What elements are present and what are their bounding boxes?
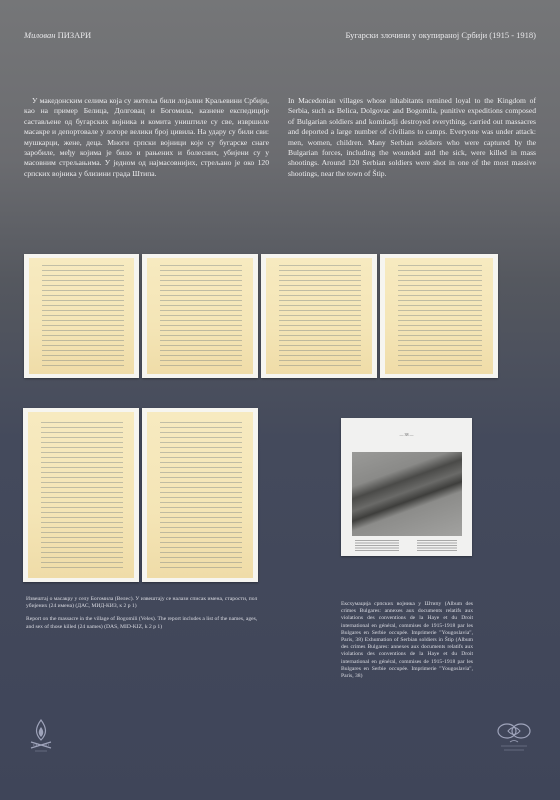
knot-emblem-icon xyxy=(495,718,533,754)
photo-page-number: — 38 — xyxy=(341,432,472,437)
author-first-name: Милован xyxy=(24,30,56,40)
documents-caption-serbian: Извештај о масакру у селу Богомила (Веле… xyxy=(26,596,258,610)
series-title: Бугарски злочини у окупираној Србији (19… xyxy=(345,30,536,40)
document-page-4 xyxy=(380,254,498,378)
document-page-5 xyxy=(23,408,139,582)
exhumation-photo-page: — 38 — xyxy=(341,418,472,556)
exhumation-photo xyxy=(352,452,462,536)
document-page-1 xyxy=(24,254,139,378)
photo-caption-text-right xyxy=(417,540,457,552)
photo-caption-text: Ексхумација српских војника у Штипу (Alb… xyxy=(341,601,473,680)
photo-caption: Ексхумација српских војника у Штипу (Alb… xyxy=(341,601,473,686)
documents-caption-english: Report on the massacre in the village of… xyxy=(26,616,258,630)
page-header: Милован ПИЗАРИ Бугарски злочини у окупир… xyxy=(24,30,536,50)
intro-text-serbian: У македонским селима која су жетеља били… xyxy=(24,96,269,179)
intro-text-english: In Macedonian villages whose inhabitants… xyxy=(288,96,536,179)
author-last-name: ПИЗАРИ xyxy=(58,30,92,40)
author-name: Милован ПИЗАРИ xyxy=(24,30,91,40)
document-page-2 xyxy=(142,254,258,378)
document-page-3 xyxy=(261,254,377,378)
photo-caption-text-left xyxy=(355,540,399,552)
flame-barbed-wire-icon xyxy=(29,718,53,754)
documents-caption: Извештај о масакру у селу Богомила (Веле… xyxy=(26,596,258,637)
document-page-6 xyxy=(142,408,258,582)
